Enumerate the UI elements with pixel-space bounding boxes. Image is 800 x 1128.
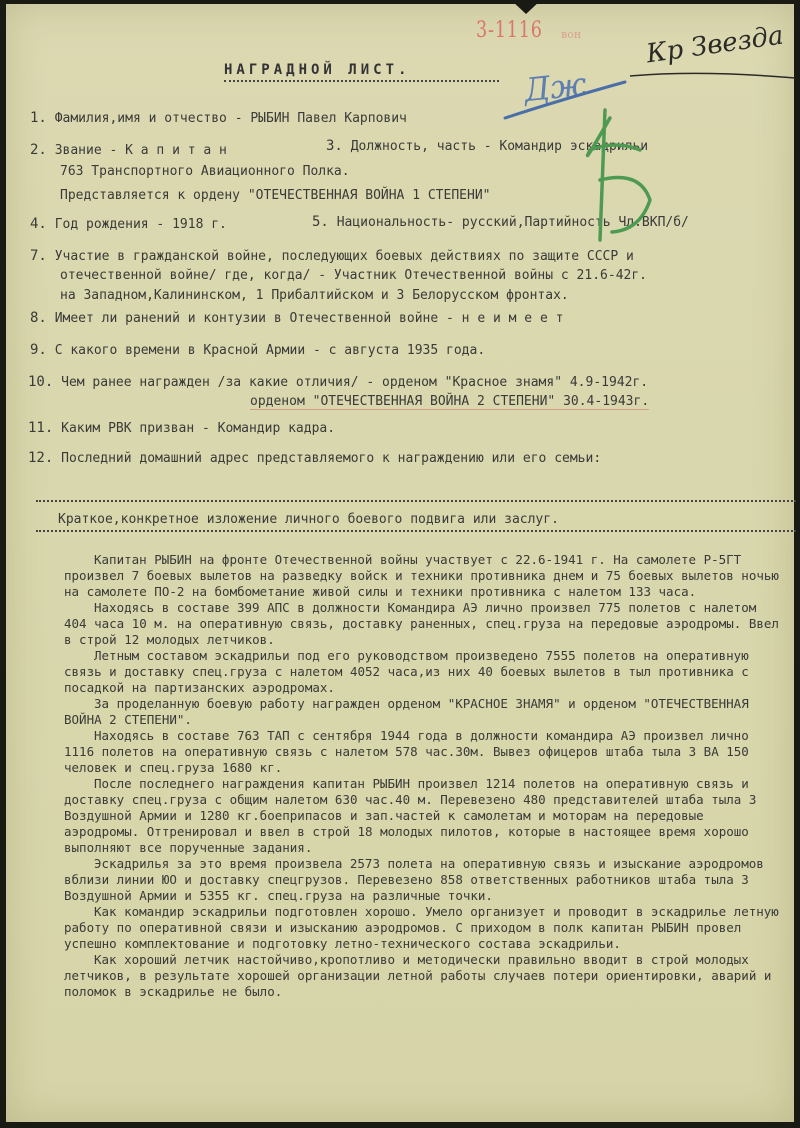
red-small-note: вон [561, 28, 581, 41]
blue-handwritten-note: Дж [522, 65, 588, 109]
section-heading: Краткое,конкретное изложение личного бое… [58, 512, 559, 527]
field-10-continued: орденом "ОТЕЧЕСТВЕННАЯ ВОЙНА 2 СТЕПЕНИ" … [250, 394, 649, 410]
red-archive-number: 3-1116 [476, 18, 543, 43]
paragraph: За проделанную боевую работу награжден о… [64, 696, 784, 728]
page-notch [511, 0, 541, 14]
field-3-continued: 763 Транспортного Авиационного Полка. [60, 164, 350, 179]
field-3: 3. Должность, часть - Командир эскадриль… [326, 138, 648, 154]
paragraph: Находясь в составе 399 АПС в должности К… [64, 600, 784, 648]
paragraph: Находясь в составе 763 ТАП с сентября 19… [64, 728, 784, 776]
field-10: 10. Чем ранее награжден /за какие отличи… [28, 374, 648, 390]
paragraph: Эскадрилья за это время произвела 2573 п… [64, 856, 784, 904]
paragraph: Капитан РЫБИН на фронте Отечественной во… [64, 552, 784, 600]
field-8: 8. Имеет ли ранений и контузии в Отечест… [30, 310, 563, 326]
black-handwritten-award-note: Кр Звезда [645, 21, 786, 70]
field-4: 4. Год рождения - 1918 г. [30, 216, 227, 232]
dotted-rule-top [36, 500, 796, 502]
dotted-rule-bottom [36, 530, 796, 532]
award-sheet-page: 3-1116 вон Кр Звезда Дж НАГРАДНОЙ ЛИСТ. … [6, 4, 794, 1122]
paragraph: Как командир эскадрильи подготовлен хоро… [64, 904, 784, 952]
field-2: 2. Звание - К а п и т а н [30, 142, 227, 158]
field-7-line-3: на Западном,Калининском, 1 Прибалтийском… [60, 288, 569, 303]
field-7: 7. Участие в гражданской войне, последую… [30, 248, 634, 264]
field-nomination: Представляется к ордену "ОТЕЧЕСТВЕННАЯ В… [60, 188, 490, 203]
field-11: 11. Каким РВК призван - Командир кадра. [28, 420, 335, 436]
merit-description: Капитан РЫБИН на фронте Отечественной во… [64, 552, 784, 1000]
field-12: 12. Последний домашний адрес представляе… [28, 450, 601, 466]
title-underline [224, 80, 499, 82]
field-5: 5. Национальность- русский,Партийность Ч… [312, 214, 689, 230]
paragraph: После последнего награждения капитан РЫБ… [64, 776, 784, 856]
paragraph: Летным составом эскадрильи под его руков… [64, 648, 784, 696]
paragraph: Как хороший летчик настойчиво,кропотливо… [64, 952, 784, 1000]
field-9: 9. С какого времени в Красной Армии - с … [30, 342, 485, 358]
field-7-line-2: отечественной войне/ где, когда/ - Участ… [60, 268, 647, 283]
field-1: 1. Фамилия,имя и отчество - РЫБИН Павел … [30, 110, 407, 126]
document-title: НАГРАДНОЙ ЛИСТ. [224, 62, 410, 78]
